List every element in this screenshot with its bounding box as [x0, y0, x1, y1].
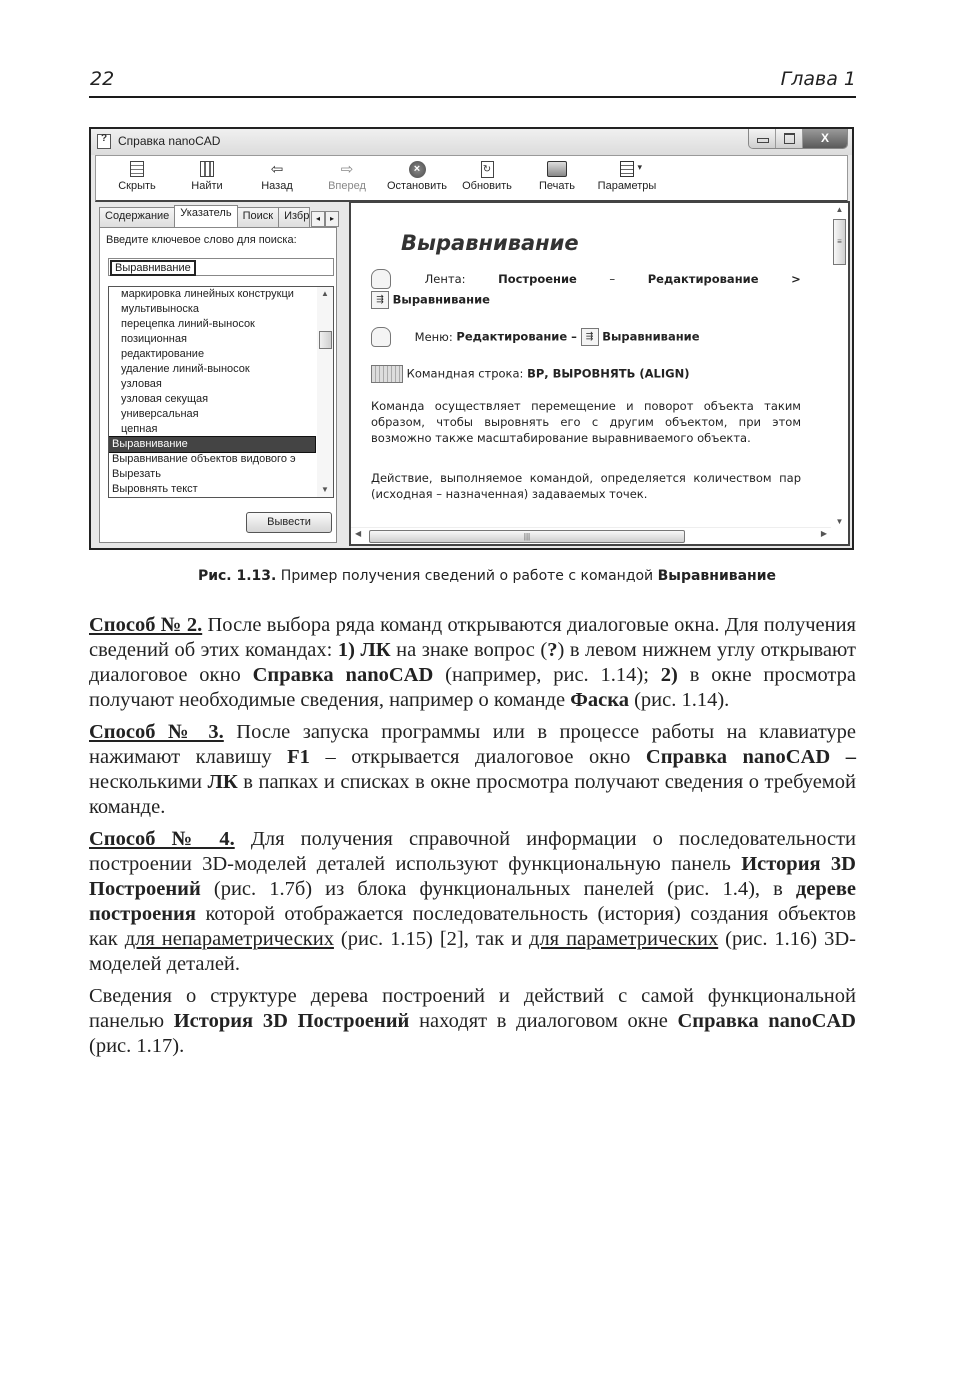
help-icon	[97, 134, 111, 149]
menu-label: Меню:	[415, 330, 453, 344]
index-list-item[interactable]: редактирование	[109, 347, 333, 362]
index-list-item[interactable]: узловая	[109, 377, 333, 392]
ribbon-command: Выравнивание	[393, 293, 490, 307]
body-text: Способ № 2. После выбора ряда команд отк…	[89, 613, 856, 1066]
figure-caption: Рис. 1.13. Пример получения сведений о р…	[0, 568, 974, 584]
figure-label: Рис. 1.13.	[198, 568, 276, 584]
hand-pointer-icon	[371, 327, 391, 347]
method-heading: Способ № 4.	[89, 828, 235, 850]
cmdline-value: ВР, ВЫРОВНЯТЬ (ALIGN)	[527, 367, 689, 381]
help-window: Справка nanoCAD X Скрыть Найти ⇦ Назад ⇨…	[89, 127, 854, 550]
print-icon	[547, 160, 567, 178]
index-list-item[interactable]: универсальная	[109, 407, 333, 422]
index-list-item[interactable]: мультивыноска	[109, 302, 333, 317]
find-label: Найти	[191, 180, 222, 192]
stop-icon: ×	[407, 160, 427, 178]
title-bar: Справка nanoCAD X	[91, 129, 852, 155]
menu-command: Выравнивание	[602, 330, 699, 344]
index-list-item[interactable]: Вырезать	[109, 467, 333, 482]
tab-scroll: ◂ ▸	[311, 211, 339, 227]
find-icon	[197, 160, 217, 178]
refresh-icon: ↻	[477, 160, 497, 178]
index-list[interactable]: маркировка линейных конструкцимультивыно…	[108, 286, 334, 498]
hide-button[interactable]: Скрыть	[102, 156, 172, 200]
stop-label: Остановить	[387, 180, 447, 192]
window-controls: X	[748, 129, 848, 149]
index-panel: Введите ключевое слово для поиска: Вырав…	[99, 227, 337, 543]
ribbon-command-row: ⇶ Выравнивание	[371, 291, 490, 309]
navigation-pane: Содержание Указатель Поиск Избранное ◂ ▸…	[95, 203, 343, 544]
options-icon	[617, 160, 637, 178]
content-vertical-scrollbar[interactable]: ▲ ≡ ▼	[831, 203, 848, 529]
chapter-title: Глава 1	[781, 68, 856, 90]
index-list-item[interactable]: Выравнивание	[109, 437, 315, 452]
keyword-input[interactable]: Выравнивание	[108, 258, 334, 276]
tab-search[interactable]: Поиск	[237, 207, 279, 227]
ribbon-separator: –	[609, 272, 615, 286]
index-list-item[interactable]: Выровнять текст	[109, 482, 333, 497]
index-list-item[interactable]: позиционная	[109, 332, 333, 347]
maximize-button[interactable]	[776, 129, 803, 148]
back-label: Назад	[261, 180, 293, 192]
ribbon-arrow: >	[791, 272, 801, 286]
ribbon-label: Лента:	[425, 272, 466, 286]
arrow-left-icon: ⇦	[267, 160, 287, 178]
command-line-row: Командная строка: ВР, ВЫРОВНЯТЬ (ALIGN)	[371, 365, 689, 383]
index-list-item[interactable]: Выравнивание объектов видового э	[109, 452, 333, 467]
paragraph-structure-info: Сведения о структуре дерева построений и…	[89, 984, 856, 1059]
find-button[interactable]: Найти	[172, 156, 242, 200]
keyboard-icon	[371, 365, 403, 383]
content-pane: Выравнивание Лента: Построение – Редакти…	[349, 201, 850, 546]
index-list-item[interactable]: удаление линий-выносок	[109, 362, 333, 377]
index-list-item[interactable]: маркировка линейных конструкци	[109, 287, 333, 302]
nav-tabs: Содержание Указатель Поиск Избранное ◂ ▸	[99, 207, 339, 227]
print-label: Печать	[539, 180, 575, 192]
scroll-down-icon[interactable]: ▼	[317, 483, 333, 497]
ribbon-row: Лента: Построение – Редактирование >	[371, 269, 801, 289]
paragraph-method-2: Способ № 2. После выбора ряда команд отк…	[89, 613, 856, 713]
window-title: Справка nanoCAD	[118, 134, 220, 148]
method-heading: Способ № 2.	[89, 614, 202, 636]
menu-row: Меню: Редактирование – ⇶ Выравнивание	[371, 327, 700, 347]
options-label: Параметры	[598, 180, 657, 192]
back-button[interactable]: ⇦ Назад	[242, 156, 312, 200]
hand-pointer-icon	[371, 269, 391, 289]
caption-bold: Выравнивание	[658, 568, 776, 584]
hide-icon	[127, 160, 147, 178]
action-paragraph: Действие, выполняемое командой, определя…	[371, 470, 801, 502]
align-tool-icon: ⇶	[371, 291, 389, 309]
paragraph-method-4: Способ № 4. Для получения справочной инф…	[89, 827, 856, 977]
method-heading: Способ № 3.	[89, 721, 224, 743]
toolbar: Скрыть Найти ⇦ Назад ⇨ Вперед × Останови…	[95, 155, 848, 202]
scroll-thumb[interactable]: ≡	[833, 219, 846, 265]
index-scrollbar[interactable]: ▲ ▼	[317, 287, 333, 497]
index-list-item[interactable]: цепная	[109, 422, 333, 437]
description-paragraph: Команда осуществляет перемещение и повор…	[371, 398, 801, 446]
align-tool-icon: ⇶	[581, 328, 599, 346]
scroll-right-icon[interactable]: ▶	[821, 529, 827, 538]
menu-path: Редактирование –	[456, 330, 577, 344]
hide-label: Скрыть	[118, 180, 156, 192]
display-button[interactable]: Вывести	[246, 512, 332, 533]
scroll-up-icon[interactable]: ▲	[831, 203, 848, 217]
minimize-button[interactable]	[749, 129, 776, 148]
index-list-item[interactable]: перецепка линий-выносок	[109, 317, 333, 332]
tab-favorites[interactable]: Избранное	[278, 207, 310, 227]
arrow-right-icon: ⇨	[337, 160, 357, 178]
close-button[interactable]: X	[803, 129, 847, 148]
scroll-thumb[interactable]: |||	[369, 530, 685, 543]
tab-index[interactable]: Указатель	[174, 205, 237, 227]
index-list-item[interactable]: узловая секущая	[109, 392, 333, 407]
scroll-down-icon[interactable]: ▼	[831, 515, 848, 529]
content-horizontal-scrollbar[interactable]: ◀ ||| ▶	[351, 527, 831, 544]
refresh-label: Обновить	[462, 180, 512, 192]
print-button[interactable]: Печать	[522, 156, 592, 200]
keyword-value: Выравнивание	[110, 260, 196, 276]
caption-text: Пример получения сведений о работе с ком…	[276, 568, 657, 584]
header-rule	[89, 96, 856, 98]
tab-scroll-left-icon[interactable]: ◂	[311, 211, 325, 227]
page-number: 22	[90, 68, 114, 90]
refresh-button[interactable]: ↻ Обновить	[452, 156, 522, 200]
ribbon-group: Редактирование	[648, 272, 759, 286]
stop-button[interactable]: × Остановить	[382, 156, 452, 200]
options-button[interactable]: Параметры	[592, 156, 662, 200]
forward-button[interactable]: ⇨ Вперед	[312, 156, 382, 200]
forward-label: Вперед	[328, 180, 366, 192]
search-prompt: Введите ключевое слово для поиска:	[106, 234, 297, 246]
ribbon-tab: Построение	[498, 272, 577, 286]
cmdline-label: Командная строка:	[407, 367, 524, 381]
scroll-left-icon[interactable]: ◀	[355, 529, 361, 538]
topic-heading: Выравнивание	[401, 231, 579, 255]
tab-contents[interactable]: Содержание	[99, 207, 175, 227]
tab-scroll-right-icon[interactable]: ▸	[325, 211, 339, 227]
scroll-thumb[interactable]	[319, 331, 332, 349]
scroll-up-icon[interactable]: ▲	[317, 287, 333, 301]
paragraph-method-3: Способ № 3. После запуска программы или …	[89, 720, 856, 820]
